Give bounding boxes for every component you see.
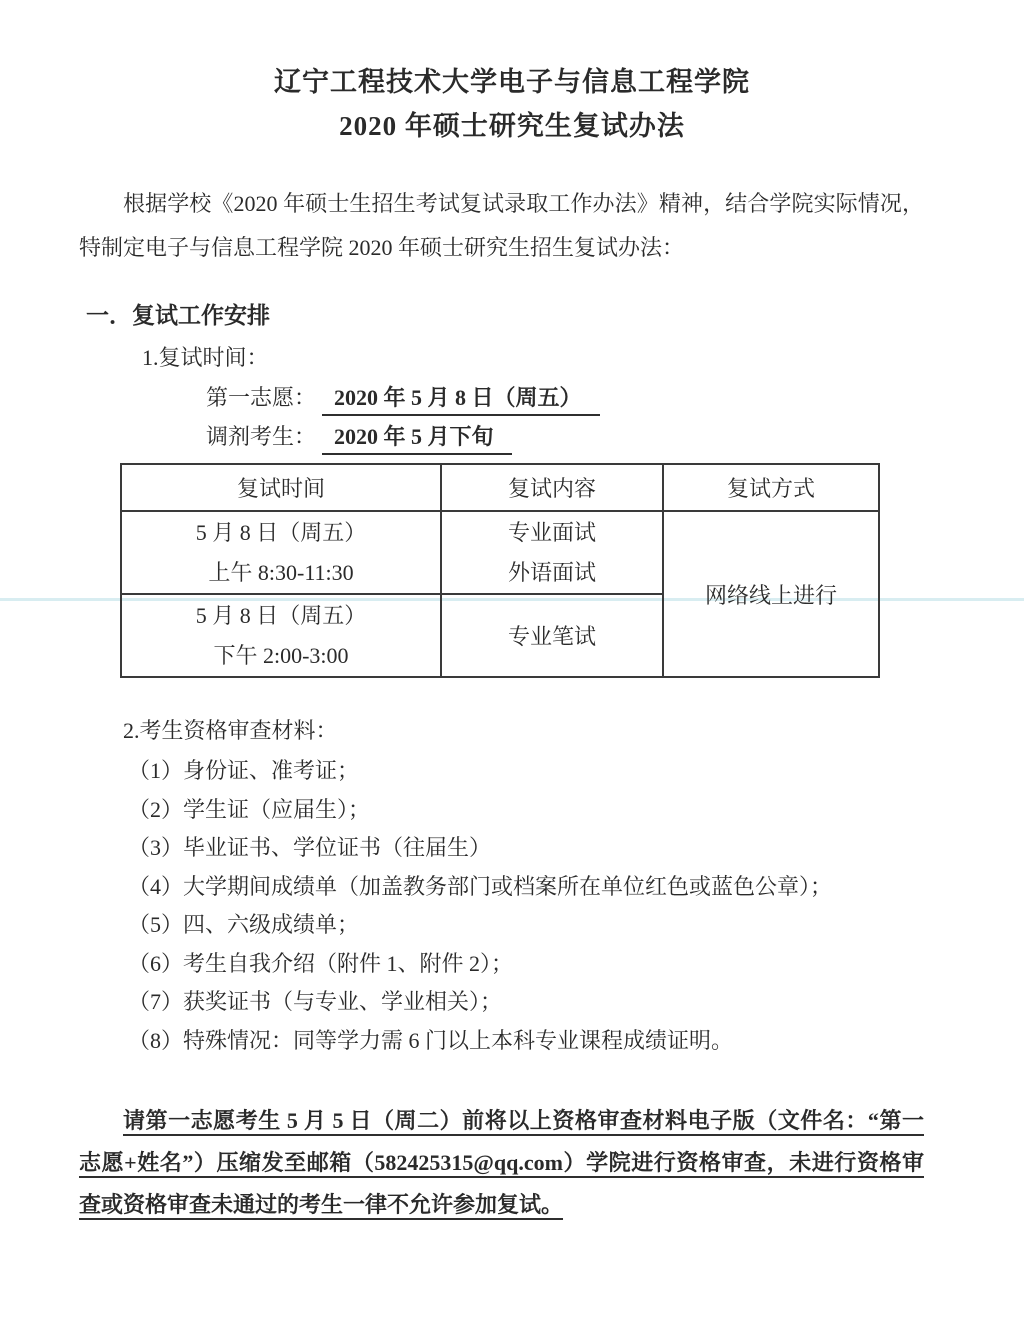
schedule-col-header-content: 复试内容 — [441, 464, 663, 511]
list-item: （1）身份证、准考证； — [128, 752, 945, 791]
schedule-method-cell: 网络线上进行 — [663, 511, 879, 677]
schedule-table: 复试时间 复试内容 复试方式 5 月 8 日（周五） 上午 8:30-11:30… — [120, 463, 880, 678]
list-item: （6）考生自我介绍（附件 1、附件 2）； — [128, 945, 945, 984]
first-choice-label: 第一志愿： — [206, 385, 316, 410]
intro-paragraph: 根据学校《2020 年硕士生招生考试复试录取工作办法》精神，结合学院实际情况，特… — [79, 182, 924, 270]
doc-title-line2: 2020 年硕士研究生复试办法 — [79, 104, 945, 148]
schedule-time-cell: 5 月 8 日（周五） 上午 8:30-11:30 — [121, 511, 441, 594]
cell-line: 专业面试 — [442, 513, 662, 553]
schedule-time-cell: 5 月 8 日（周五） 下午 2:00-3:00 — [121, 594, 441, 677]
cell-line: 5 月 8 日（周五） — [122, 513, 440, 553]
cell-line: 外语面试 — [442, 553, 662, 593]
document-content: 辽宁工程技术大学电子与信息工程学院 2020 年硕士研究生复试办法 根据学校《2… — [79, 60, 945, 1226]
schedule-header-row: 复试时间 复试内容 复试方式 — [121, 464, 879, 511]
list-item: （4）大学期间成绩单（加盖教务部门或档案所在单位红色或蓝色公章）； — [128, 868, 945, 907]
transfer-date: 2020 年 5 月下旬 — [322, 422, 512, 455]
first-choice-date: 2020 年 5 月 8 日（周五） — [322, 383, 600, 416]
cell-line: 上午 8:30-11:30 — [122, 553, 440, 593]
materials-heading: 2.考生资格审查材料： — [123, 710, 945, 752]
document-page: 辽宁工程技术大学电子与信息工程学院 2020 年硕士研究生复试办法 根据学校《2… — [0, 0, 1024, 1334]
schedule-col-header-method: 复试方式 — [663, 464, 879, 511]
list-item: （5）四、六级成绩单； — [128, 906, 945, 945]
schedule-content-cell: 专业面试 外语面试 — [441, 511, 663, 594]
cell-line: 5 月 8 日（周五） — [122, 596, 440, 636]
table-row: 5 月 8 日（周五） 上午 8:30-11:30 专业面试 外语面试 网络线上… — [121, 511, 879, 594]
first-choice-line: 第一志愿：2020 年 5 月 8 日（周五） — [206, 378, 945, 417]
cell-line: 下午 2:00-3:00 — [122, 636, 440, 676]
list-item: （2）学生证（应届生）； — [128, 791, 945, 830]
transfer-label: 调剂考生： — [206, 424, 316, 449]
section-1-heading: 一．复试工作安排 — [86, 294, 945, 338]
list-item: （8）特殊情况：同等学力需 6 门以上本科专业课程成绩证明。 — [128, 1022, 945, 1061]
notice-paragraph: 请第一志愿考生 5 月 5 日（周二）前将以上资格审查材料电子版（文件名：“第一… — [79, 1100, 924, 1226]
schedule-col-header-time: 复试时间 — [121, 464, 441, 511]
list-item: （3）毕业证书、学位证书（往届生） — [128, 829, 945, 868]
transfer-line: 调剂考生：2020 年 5 月下旬 — [206, 417, 945, 456]
subsection-time-heading: 1.复试时间： — [142, 338, 945, 378]
doc-title-line1: 辽宁工程技术大学电子与信息工程学院 — [79, 60, 945, 104]
schedule-content-cell: 专业笔试 — [441, 594, 663, 677]
list-item: （7）获奖证书（与专业、学业相关）； — [128, 983, 945, 1022]
